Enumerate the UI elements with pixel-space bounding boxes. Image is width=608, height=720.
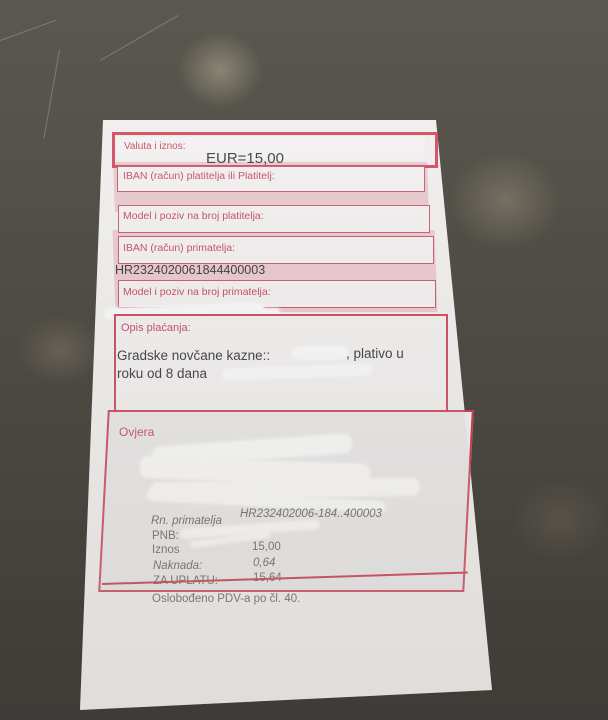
description-line2: roku od 8 dana <box>117 366 207 381</box>
receipt-recipient-account-label: Rn. primatelja <box>151 515 222 527</box>
stone-texture <box>100 15 178 61</box>
receipt-pnb-label: PNB: <box>152 530 179 542</box>
payer-iban-label: IBAN (račun) platitelja ili Platitelj: <box>123 170 275 182</box>
amount-value: EUR=15,00 <box>206 150 284 167</box>
receipt-fee-label: Naknada: <box>153 560 202 572</box>
receipt-amount-value: 15,00 <box>252 541 281 553</box>
recipient-model-label: Model i poziv na broj primatelja: <box>123 286 271 298</box>
redaction-mark <box>292 346 348 360</box>
payer-model-label: Model i poziv na broj platitelja: <box>123 210 264 222</box>
description-line1-suffix: , plativo u <box>346 346 404 361</box>
stone-texture <box>43 50 60 139</box>
recipient-iban-value: HR2324020061844400003 <box>115 263 265 277</box>
stone-texture <box>0 19 57 40</box>
amount-label: Valuta i iznos: <box>124 141 186 152</box>
recipient-iban-label: IBAN (račun) primatelja: <box>123 242 235 254</box>
receipt-fee-value: 0,64 <box>253 557 275 569</box>
receipt-recipient-account-value: HR232402006-184..400003 <box>240 508 382 520</box>
description-line1: Gradske novčane kazne:: <box>117 348 270 363</box>
verification-label: Ovjera <box>119 425 154 439</box>
footer-note: Oslobođeno PDV-a po čl. 40. <box>152 593 300 605</box>
receipt-amount-label: Iznos <box>152 544 180 556</box>
description-label: Opis plaćanja: <box>121 322 191 334</box>
